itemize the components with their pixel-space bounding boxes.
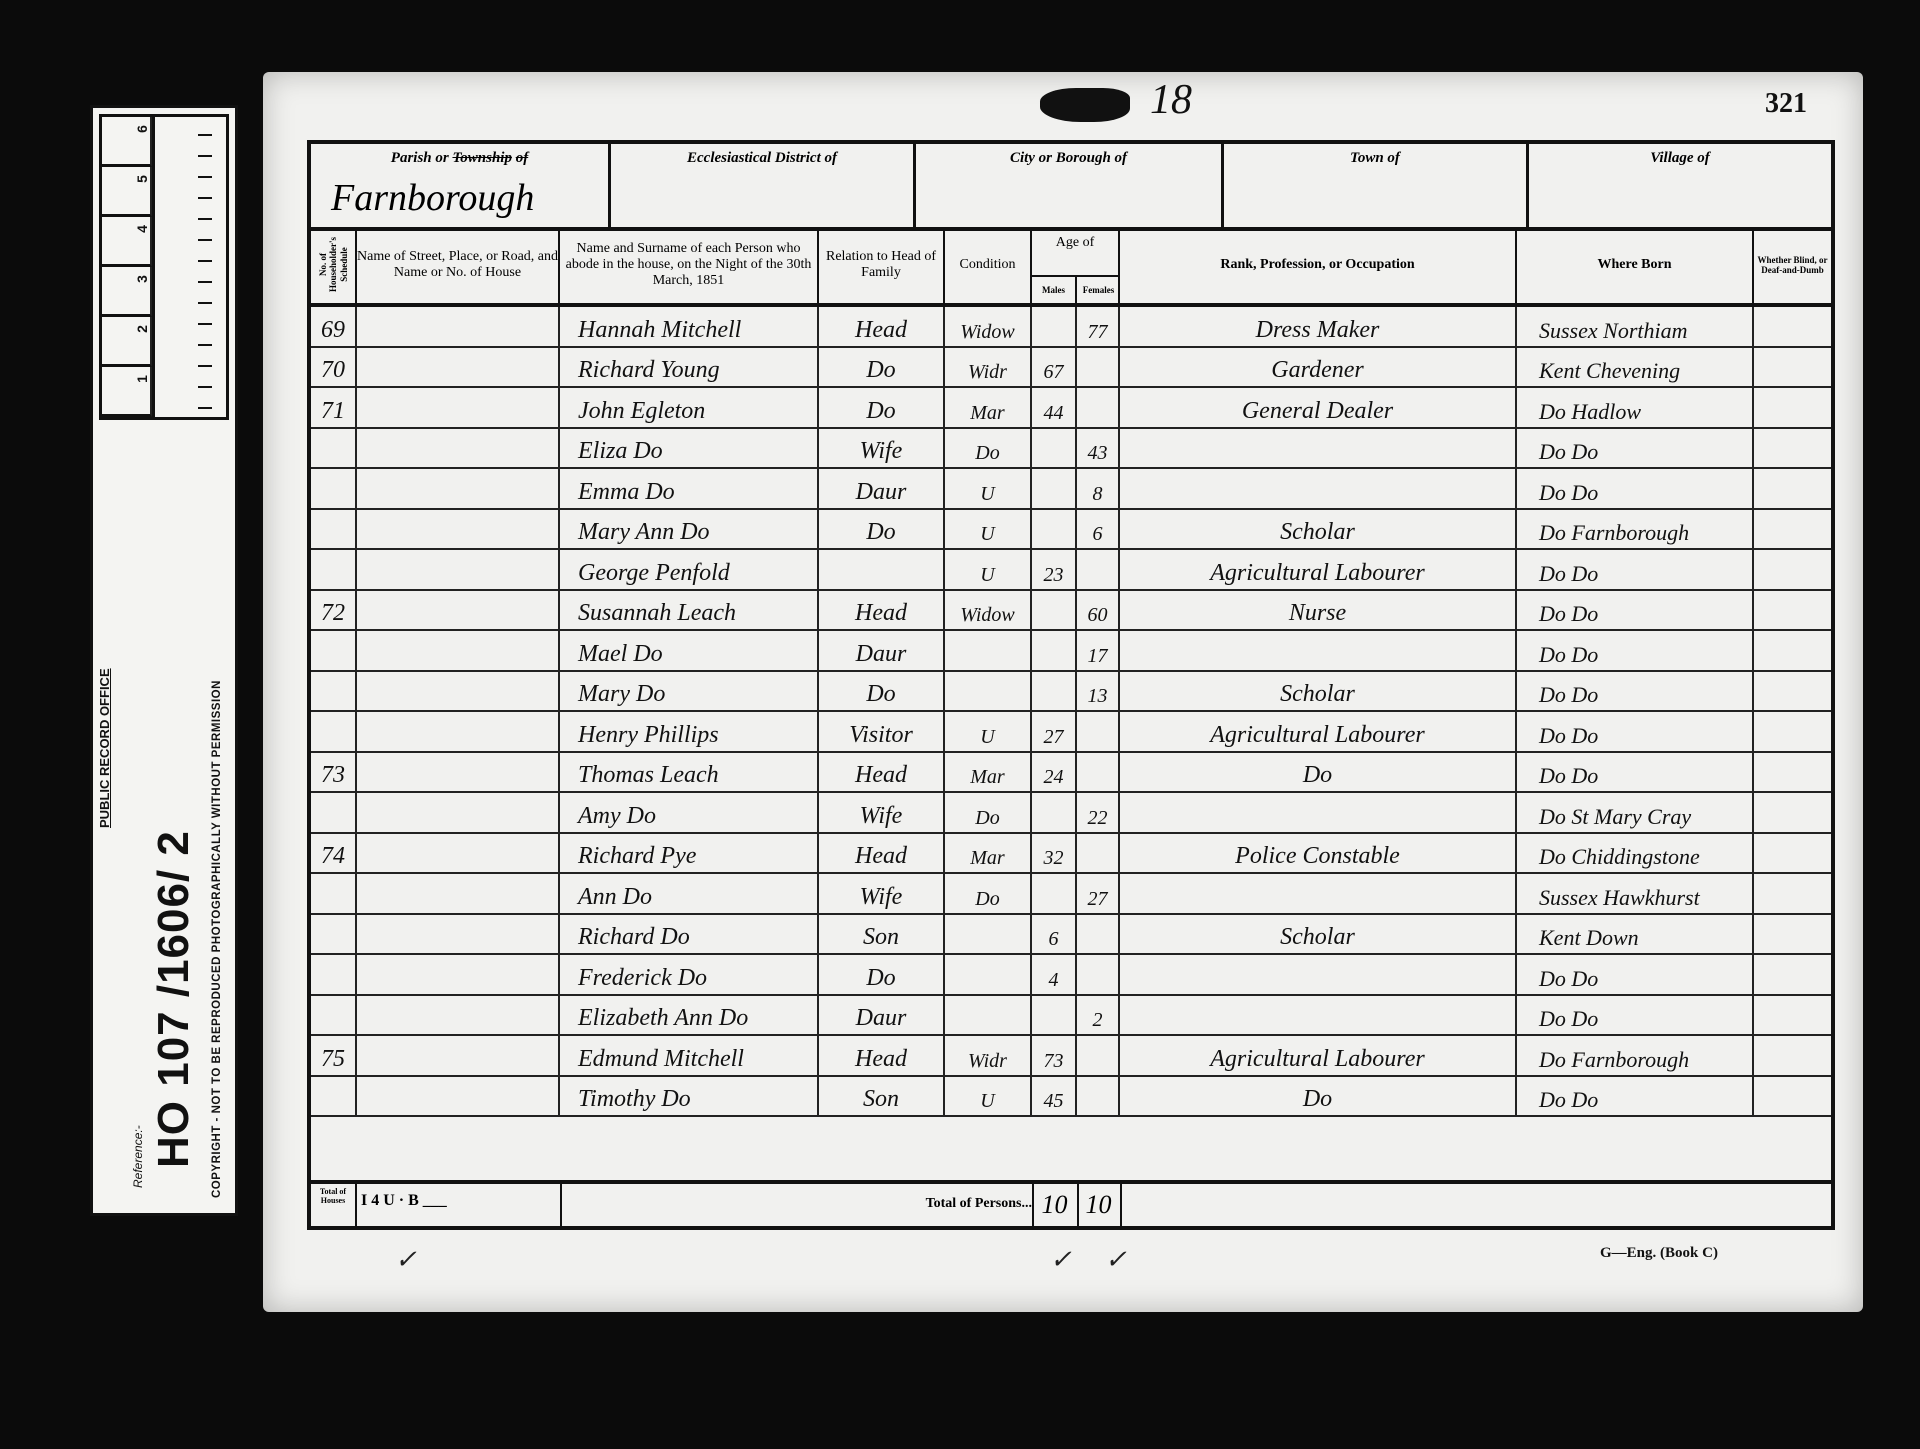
blind-deaf-dumb <box>1754 915 1831 954</box>
occupation <box>1120 996 1517 1035</box>
city-cell: City or Borough of <box>916 144 1224 227</box>
blind-deaf-dumb <box>1754 348 1831 387</box>
col-schedule: No. of Householder's Schedule <box>311 227 357 307</box>
relation: Do <box>819 672 945 711</box>
person-name: Timothy Do <box>560 1077 819 1116</box>
table-row: 75Edmund MitchellHeadWidr73Agricultural … <box>311 1036 1831 1077</box>
schedule-number <box>311 793 357 832</box>
condition: Widow <box>945 307 1032 346</box>
age-female <box>1077 955 1120 994</box>
table-row: Amy DoWifeDo22Do St Mary Cray <box>311 793 1831 834</box>
age-male: 6 <box>1032 915 1077 954</box>
condition <box>945 915 1032 954</box>
condition: Mar <box>945 753 1032 792</box>
person-name: Amy Do <box>560 793 819 832</box>
birthplace: Do St Mary Cray <box>1517 793 1754 832</box>
parish-cell: Parish or Township of Farnborough <box>311 144 611 227</box>
table-row: Frederick DoDo4Do Do <box>311 955 1831 996</box>
table-row: Richard DoSon6ScholarKent Down <box>311 915 1831 956</box>
age-female <box>1077 712 1120 751</box>
schedule-number: 69 <box>311 307 357 346</box>
blind-deaf-dumb <box>1754 388 1831 427</box>
condition: U <box>945 469 1032 508</box>
reference-code: HO 107 /1606/ 2 <box>149 830 199 1168</box>
person-name: Richard Young <box>560 348 819 387</box>
occupation: Dress Maker <box>1120 307 1517 346</box>
totals-row: Total of Houses I 4 U · B ___ Total of P… <box>311 1180 1831 1226</box>
condition: U <box>945 1077 1032 1116</box>
occupation <box>1120 793 1517 832</box>
age-male <box>1032 307 1077 346</box>
age-female: 6 <box>1077 510 1120 549</box>
age-female: 22 <box>1077 793 1120 832</box>
occupation: Do <box>1120 753 1517 792</box>
table-row: Elizabeth Ann DoDaur2Do Do <box>311 996 1831 1037</box>
occupation <box>1120 429 1517 468</box>
form-identifier: G—Eng. (Book C) <box>1600 1245 1718 1262</box>
birthplace: Do Do <box>1517 955 1754 994</box>
col-age: Age of Males Females <box>1032 227 1120 307</box>
town-cell: Town of <box>1224 144 1529 227</box>
relation: Wife <box>819 429 945 468</box>
age-male <box>1032 631 1077 670</box>
birthplace: Do Do <box>1517 469 1754 508</box>
schedule-number <box>311 469 357 508</box>
person-name: Mael Do <box>560 631 819 670</box>
age-female: 77 <box>1077 307 1120 346</box>
condition: U <box>945 550 1032 589</box>
table-row: 74Richard PyeHeadMar32Police ConstableDo… <box>311 834 1831 875</box>
table-row: Mael DoDaur17Do Do <box>311 631 1831 672</box>
person-name: Mary Do <box>560 672 819 711</box>
census-form: Parish or Township of Farnborough Eccles… <box>307 140 1835 1230</box>
birthplace: Do Do <box>1517 996 1754 1035</box>
blind-deaf-dumb <box>1754 874 1831 913</box>
col-born: Where Born <box>1517 227 1754 307</box>
col-blind: Whether Blind, or Deaf-and-Dumb <box>1754 227 1831 307</box>
street-address <box>357 1036 560 1075</box>
blind-deaf-dumb <box>1754 1077 1831 1116</box>
street-address <box>357 672 560 711</box>
birthplace: Do Chiddingstone <box>1517 834 1754 873</box>
check-mark: ✓ <box>395 1245 417 1275</box>
table-row: 70Richard YoungDoWidr67GardenerKent Chev… <box>311 348 1831 389</box>
relation: Wife <box>819 874 945 913</box>
age-female: 8 <box>1077 469 1120 508</box>
check-mark: ✓ <box>1105 1245 1127 1275</box>
total-males: 10 <box>1032 1190 1077 1220</box>
schedule-number <box>311 429 357 468</box>
condition: Widr <box>945 348 1032 387</box>
schedule-number <box>311 550 357 589</box>
folio-number: 18 <box>1150 76 1192 124</box>
ruler-mark: 6 <box>102 117 152 167</box>
age-male <box>1032 996 1077 1035</box>
col-age-male: Males <box>1032 275 1077 303</box>
birthplace: Do Hadlow <box>1517 388 1754 427</box>
age-female <box>1077 1036 1120 1075</box>
person-name: George Penfold <box>560 550 819 589</box>
birthplace: Do Do <box>1517 1077 1754 1116</box>
relation: Do <box>819 388 945 427</box>
age-female: 27 <box>1077 874 1120 913</box>
ruler-mark: 3 <box>102 267 152 317</box>
street-address <box>357 753 560 792</box>
condition: Mar <box>945 388 1032 427</box>
age-male <box>1032 429 1077 468</box>
table-row: 69Hannah MitchellHeadWidow77Dress MakerS… <box>311 307 1831 348</box>
relation <box>819 550 945 589</box>
table-row: Timothy DoSonU45DoDo Do <box>311 1077 1831 1118</box>
blind-deaf-dumb <box>1754 1036 1831 1075</box>
col-occupation: Rank, Profession, or Occupation <box>1120 227 1517 307</box>
person-name: Frederick Do <box>560 955 819 994</box>
relation: Head <box>819 591 945 630</box>
birthplace: Do Farnborough <box>1517 1036 1754 1075</box>
relation: Son <box>819 1077 945 1116</box>
ruler-mark: 1 <box>102 367 152 417</box>
blind-deaf-dumb <box>1754 793 1831 832</box>
table-row: 73Thomas LeachHeadMar24DoDo Do <box>311 753 1831 794</box>
street-address <box>357 510 560 549</box>
occupation <box>1120 874 1517 913</box>
check-mark: ✓ <box>1050 1245 1072 1275</box>
age-female: 17 <box>1077 631 1120 670</box>
blind-deaf-dumb <box>1754 834 1831 873</box>
relation: Daur <box>819 996 945 1035</box>
schedule-number: 75 <box>311 1036 357 1075</box>
col-name: Name and Surname of each Person who abod… <box>560 227 819 307</box>
relation: Head <box>819 753 945 792</box>
occupation: Agricultural Labourer <box>1120 550 1517 589</box>
age-female <box>1077 348 1120 387</box>
age-female: 13 <box>1077 672 1120 711</box>
birthplace: Do Do <box>1517 753 1754 792</box>
birthplace: Do Do <box>1517 631 1754 670</box>
table-row: Henry PhillipsVisitorU27Agricultural Lab… <box>311 712 1831 753</box>
condition <box>945 672 1032 711</box>
person-name: Elizabeth Ann Do <box>560 996 819 1035</box>
condition: Do <box>945 874 1032 913</box>
birthplace: Do Do <box>1517 712 1754 751</box>
blind-deaf-dumb <box>1754 429 1831 468</box>
col-relation: Relation to Head of Family <box>819 227 945 307</box>
birthplace: Do Do <box>1517 550 1754 589</box>
ruler-mark: 4 <box>102 217 152 267</box>
copyright-notice: COPYRIGHT - NOT TO BE REPRODUCED PHOTOGR… <box>211 680 223 1198</box>
street-address <box>357 307 560 346</box>
blind-deaf-dumb <box>1754 510 1831 549</box>
blind-deaf-dumb <box>1754 955 1831 994</box>
schedule-number <box>311 996 357 1035</box>
total-houses-value: I 4 U · B ___ <box>361 1192 447 1210</box>
condition: Do <box>945 429 1032 468</box>
col-street: Name of Street, Place, or Road, and Name… <box>357 227 560 307</box>
age-male <box>1032 874 1077 913</box>
occupation <box>1120 955 1517 994</box>
table-row: Ann DoWifeDo27Sussex Hawkhurst <box>311 874 1831 915</box>
occupation: Scholar <box>1120 915 1517 954</box>
district-header: Parish or Township of Farnborough Eccles… <box>311 144 1831 231</box>
occupation: Police Constable <box>1120 834 1517 873</box>
occupation <box>1120 631 1517 670</box>
schedule-number <box>311 915 357 954</box>
street-address <box>357 955 560 994</box>
table-row: George PenfoldU23Agricultural LabourerDo… <box>311 550 1831 591</box>
age-male: 4 <box>1032 955 1077 994</box>
table-row: 71John EgletonDoMar44General DealerDo Ha… <box>311 388 1831 429</box>
birthplace: Do Farnborough <box>1517 510 1754 549</box>
ruler-mark: 2 <box>102 317 152 367</box>
person-name: Thomas Leach <box>560 753 819 792</box>
relation: Do <box>819 955 945 994</box>
occupation: Gardener <box>1120 348 1517 387</box>
age-female <box>1077 1077 1120 1116</box>
street-address <box>357 469 560 508</box>
relation: Daur <box>819 469 945 508</box>
street-address <box>357 915 560 954</box>
blind-deaf-dumb <box>1754 712 1831 751</box>
blind-deaf-dumb <box>1754 631 1831 670</box>
condition <box>945 631 1032 670</box>
age-male: 24 <box>1032 753 1077 792</box>
condition <box>945 996 1032 1035</box>
street-address <box>357 631 560 670</box>
age-male <box>1032 793 1077 832</box>
relation: Visitor <box>819 712 945 751</box>
reference-strip: 123456 Reference:- HO 107 /1606/ 2 PUBLI… <box>90 105 238 1216</box>
blind-deaf-dumb <box>1754 996 1831 1035</box>
age-male: 27 <box>1032 712 1077 751</box>
age-male: 44 <box>1032 388 1077 427</box>
schedule-number <box>311 955 357 994</box>
table-row: Mary Ann DoDoU6ScholarDo Farnborough <box>311 510 1831 551</box>
age-male: 73 <box>1032 1036 1077 1075</box>
schedule-number <box>311 510 357 549</box>
age-male: 67 <box>1032 348 1077 387</box>
occupation <box>1120 469 1517 508</box>
street-address <box>357 834 560 873</box>
village-cell: Village of <box>1529 144 1831 227</box>
schedule-number <box>311 874 357 913</box>
blind-deaf-dumb <box>1754 469 1831 508</box>
birthplace: Kent Chevening <box>1517 348 1754 387</box>
schedule-number: 70 <box>311 348 357 387</box>
schedule-number: 72 <box>311 591 357 630</box>
schedule-number <box>311 1077 357 1116</box>
age-male: 23 <box>1032 550 1077 589</box>
relation: Head <box>819 834 945 873</box>
condition: Mar <box>945 834 1032 873</box>
street-address <box>357 429 560 468</box>
blind-deaf-dumb <box>1754 591 1831 630</box>
table-row: Mary DoDo13ScholarDo Do <box>311 672 1831 713</box>
page-number: 321 <box>1765 88 1807 120</box>
age-female: 2 <box>1077 996 1120 1035</box>
street-address <box>357 996 560 1035</box>
total-houses-label: Total of Houses <box>311 1184 357 1226</box>
age-male <box>1032 672 1077 711</box>
total-females: 10 <box>1077 1190 1120 1220</box>
condition: Do <box>945 793 1032 832</box>
age-male: 45 <box>1032 1077 1077 1116</box>
parish-value: Farnborough <box>331 176 534 220</box>
ink-smudge <box>1040 88 1130 122</box>
relation: Do <box>819 510 945 549</box>
person-name: Edmund Mitchell <box>560 1036 819 1075</box>
person-name: Susannah Leach <box>560 591 819 630</box>
relation: Daur <box>819 631 945 670</box>
age-female <box>1077 915 1120 954</box>
table-row: Eliza DoWifeDo43Do Do <box>311 429 1831 470</box>
street-address <box>357 550 560 589</box>
condition: Widow <box>945 591 1032 630</box>
age-female <box>1077 388 1120 427</box>
street-address <box>357 1077 560 1116</box>
relation: Wife <box>819 793 945 832</box>
age-female <box>1077 550 1120 589</box>
census-rows: 69Hannah MitchellHeadWidow77Dress MakerS… <box>311 307 1831 1117</box>
person-name: Hannah Mitchell <box>560 307 819 346</box>
measurement-ruler: 123456 <box>99 114 229 420</box>
birthplace: Sussex Northiam <box>1517 307 1754 346</box>
condition <box>945 955 1032 994</box>
person-name: Mary Ann Do <box>560 510 819 549</box>
street-address <box>357 874 560 913</box>
person-name: Eliza Do <box>560 429 819 468</box>
record-office-label: PUBLIC RECORD OFFICE <box>97 668 112 828</box>
age-female: 60 <box>1077 591 1120 630</box>
birthplace: Do Do <box>1517 429 1754 468</box>
age-male <box>1032 591 1077 630</box>
age-female <box>1077 753 1120 792</box>
condition: Widr <box>945 1036 1032 1075</box>
total-persons-label: Total of Persons... <box>819 1196 1032 1212</box>
person-name: John Egleton <box>560 388 819 427</box>
relation: Head <box>819 1036 945 1075</box>
ruler-mark: 5 <box>102 167 152 217</box>
age-male <box>1032 510 1077 549</box>
col-age-female: Females <box>1077 275 1120 303</box>
person-name: Richard Pye <box>560 834 819 873</box>
age-male: 32 <box>1032 834 1077 873</box>
table-row: 72Susannah LeachHeadWidow60NurseDo Do <box>311 591 1831 632</box>
blind-deaf-dumb <box>1754 753 1831 792</box>
condition: U <box>945 712 1032 751</box>
relation: Do <box>819 348 945 387</box>
birthplace: Do Do <box>1517 591 1754 630</box>
occupation: Nurse <box>1120 591 1517 630</box>
schedule-number <box>311 631 357 670</box>
blind-deaf-dumb <box>1754 550 1831 589</box>
blind-deaf-dumb <box>1754 307 1831 346</box>
schedule-number <box>311 712 357 751</box>
condition: U <box>945 510 1032 549</box>
street-address <box>357 388 560 427</box>
age-male <box>1032 469 1077 508</box>
street-address <box>357 712 560 751</box>
birthplace: Kent Down <box>1517 915 1754 954</box>
person-name: Ann Do <box>560 874 819 913</box>
schedule-number: 74 <box>311 834 357 873</box>
age-female <box>1077 834 1120 873</box>
occupation: Agricultural Labourer <box>1120 1036 1517 1075</box>
reference-label: Reference:- <box>131 1125 145 1188</box>
relation: Head <box>819 307 945 346</box>
birthplace: Sussex Hawkhurst <box>1517 874 1754 913</box>
occupation: General Dealer <box>1120 388 1517 427</box>
street-address <box>357 348 560 387</box>
occupation: Do <box>1120 1077 1517 1116</box>
street-address <box>357 591 560 630</box>
occupation: Scholar <box>1120 672 1517 711</box>
table-row: Emma DoDaurU8Do Do <box>311 469 1831 510</box>
ecclesiastical-cell: Ecclesiastical District of <box>611 144 916 227</box>
age-female: 43 <box>1077 429 1120 468</box>
street-address <box>357 793 560 832</box>
schedule-number <box>311 672 357 711</box>
occupation: Scholar <box>1120 510 1517 549</box>
person-name: Henry Phillips <box>560 712 819 751</box>
schedule-number: 73 <box>311 753 357 792</box>
relation: Son <box>819 915 945 954</box>
birthplace: Do Do <box>1517 672 1754 711</box>
schedule-number: 71 <box>311 388 357 427</box>
col-condition: Condition <box>945 227 1032 307</box>
blind-deaf-dumb <box>1754 672 1831 711</box>
person-name: Emma Do <box>560 469 819 508</box>
person-name: Richard Do <box>560 915 819 954</box>
occupation: Agricultural Labourer <box>1120 712 1517 751</box>
